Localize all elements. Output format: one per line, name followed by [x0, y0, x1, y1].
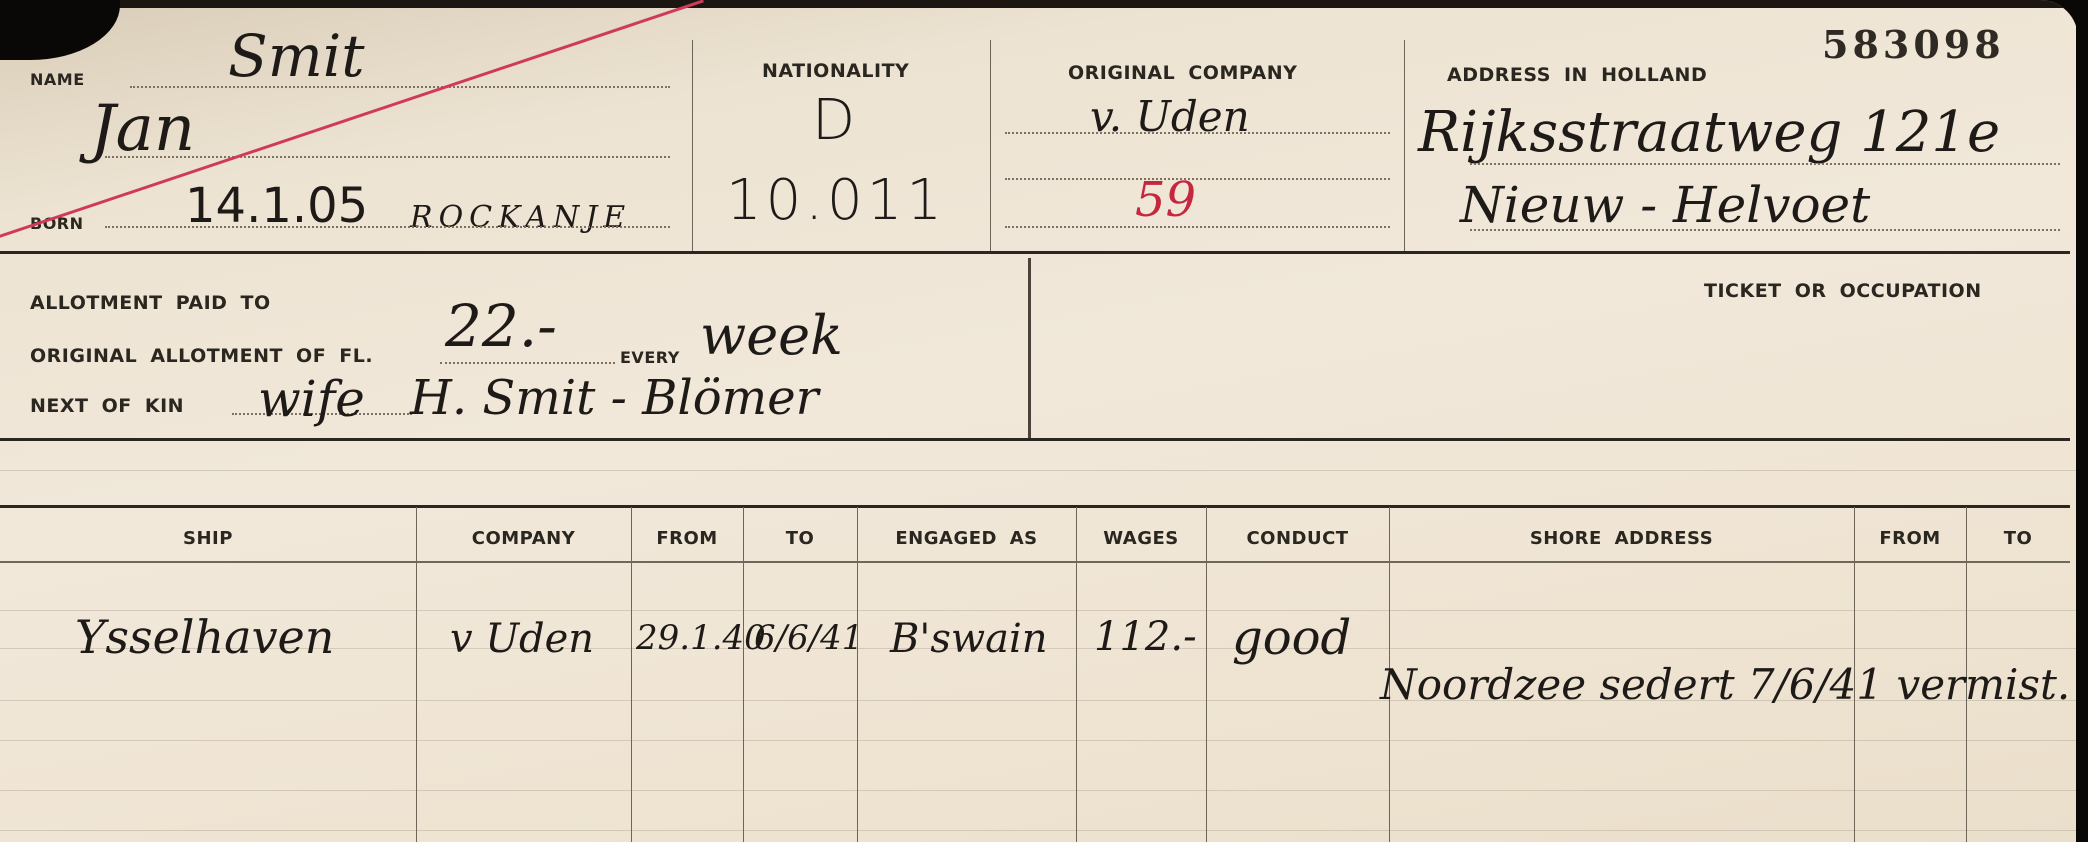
- cell-to: 6/6/41: [754, 618, 863, 658]
- divider: [1404, 40, 1405, 253]
- address-dotted-line: [1470, 229, 2060, 231]
- cell-from: 29.1.40: [636, 618, 766, 658]
- allotment-paid-to-label: ALLOTMENT PAID TO: [30, 292, 271, 314]
- column-divider: [1206, 507, 1207, 842]
- born-place-value: ROCKANJE: [410, 200, 631, 235]
- next-of-kin-name: H. Smit - Blömer: [410, 370, 819, 426]
- rule-line: [0, 470, 2078, 471]
- section-divider: [0, 438, 2070, 441]
- given-name-value: Jan: [90, 92, 195, 166]
- next-of-kin-label: NEXT OF KIN: [30, 395, 184, 417]
- column-header-to: TO: [743, 528, 857, 549]
- divider: [692, 40, 693, 253]
- nationality-number: 10.011: [726, 168, 946, 233]
- table-top-border: [0, 505, 2070, 508]
- allotment-amount: 22.-: [445, 292, 557, 360]
- rule-line: [0, 790, 2078, 791]
- name-dotted-line: [130, 86, 670, 88]
- cell-conduct: good: [1232, 610, 1351, 666]
- nationality-value: D: [812, 88, 855, 153]
- address-label: ADDRESS IN HOLLAND: [1447, 64, 1707, 86]
- cell-shore-address: Noordzee sedert 7/6/41 vermist.: [1380, 660, 2070, 709]
- cell-wages: 112.-: [1094, 614, 1197, 660]
- column-header-from: FROM: [631, 528, 743, 549]
- original-allotment-label: ORIGINAL ALLOTMENT OF FL.: [30, 345, 373, 367]
- column-header-shore-from: FROM: [1854, 528, 1966, 549]
- column-header-shore-to: TO: [1966, 528, 2070, 549]
- rule-line: [0, 740, 2078, 741]
- name-label: NAME: [30, 70, 85, 89]
- scan-right-edge: [2076, 0, 2088, 842]
- company-dotted-line: [1005, 132, 1390, 134]
- address-dotted-line: [1470, 163, 2060, 165]
- cell-engaged-as: B'swain: [890, 616, 1048, 662]
- scan-top-edge: [0, 0, 2078, 8]
- header-underline: [0, 561, 2070, 563]
- column-header-ship: SHIP: [0, 528, 416, 549]
- company-dotted-line: [1005, 226, 1390, 228]
- column-divider: [857, 507, 858, 842]
- divider: [990, 40, 991, 253]
- column-header-conduct: CONDUCT: [1206, 528, 1389, 549]
- allotment-dotted-line: [440, 362, 615, 364]
- surname-value: Smit: [228, 22, 365, 90]
- torn-corner: [0, 0, 120, 60]
- column-divider: [743, 507, 744, 842]
- cell-company: v Uden: [450, 616, 594, 662]
- nationality-label: NATIONALITY: [762, 60, 909, 82]
- cell-ship: Ysselhaven: [75, 610, 334, 664]
- seaman-registration-card: NAME Smit Jan BORN 14.1.05 ROCKANJE NATI…: [0, 0, 2078, 842]
- every-label: EVERY: [620, 348, 680, 367]
- section-divider: [0, 251, 2070, 254]
- company-dotted-line: [1005, 178, 1390, 180]
- column-divider: [1076, 507, 1077, 842]
- column-header-shore-address: SHORE ADDRESS: [1389, 528, 1854, 549]
- column-divider: [631, 507, 632, 842]
- given-name-dotted-line: [105, 156, 670, 158]
- original-company-number: 59: [1135, 172, 1196, 228]
- address-line2: Nieuw - Helvoet: [1460, 176, 1870, 234]
- next-of-kin-relation: wife: [258, 370, 365, 428]
- column-header-engaged-as: ENGAGED AS: [857, 528, 1076, 549]
- born-dotted-line: [105, 226, 670, 228]
- column-header-wages: WAGES: [1076, 528, 1206, 549]
- address-line1: Rijksstraatweg 121e: [1418, 100, 2000, 165]
- ticket-occupation-label: TICKET OR OCCUPATION: [1704, 280, 1982, 302]
- column-divider: [416, 507, 417, 842]
- column-header-company: COMPANY: [416, 528, 631, 549]
- rule-line: [0, 830, 2078, 831]
- divider: [1028, 258, 1031, 438]
- allotment-frequency: week: [700, 304, 843, 367]
- serial-number: 583098: [1822, 22, 2005, 67]
- original-company-label: ORIGINAL COMPANY: [1068, 62, 1297, 84]
